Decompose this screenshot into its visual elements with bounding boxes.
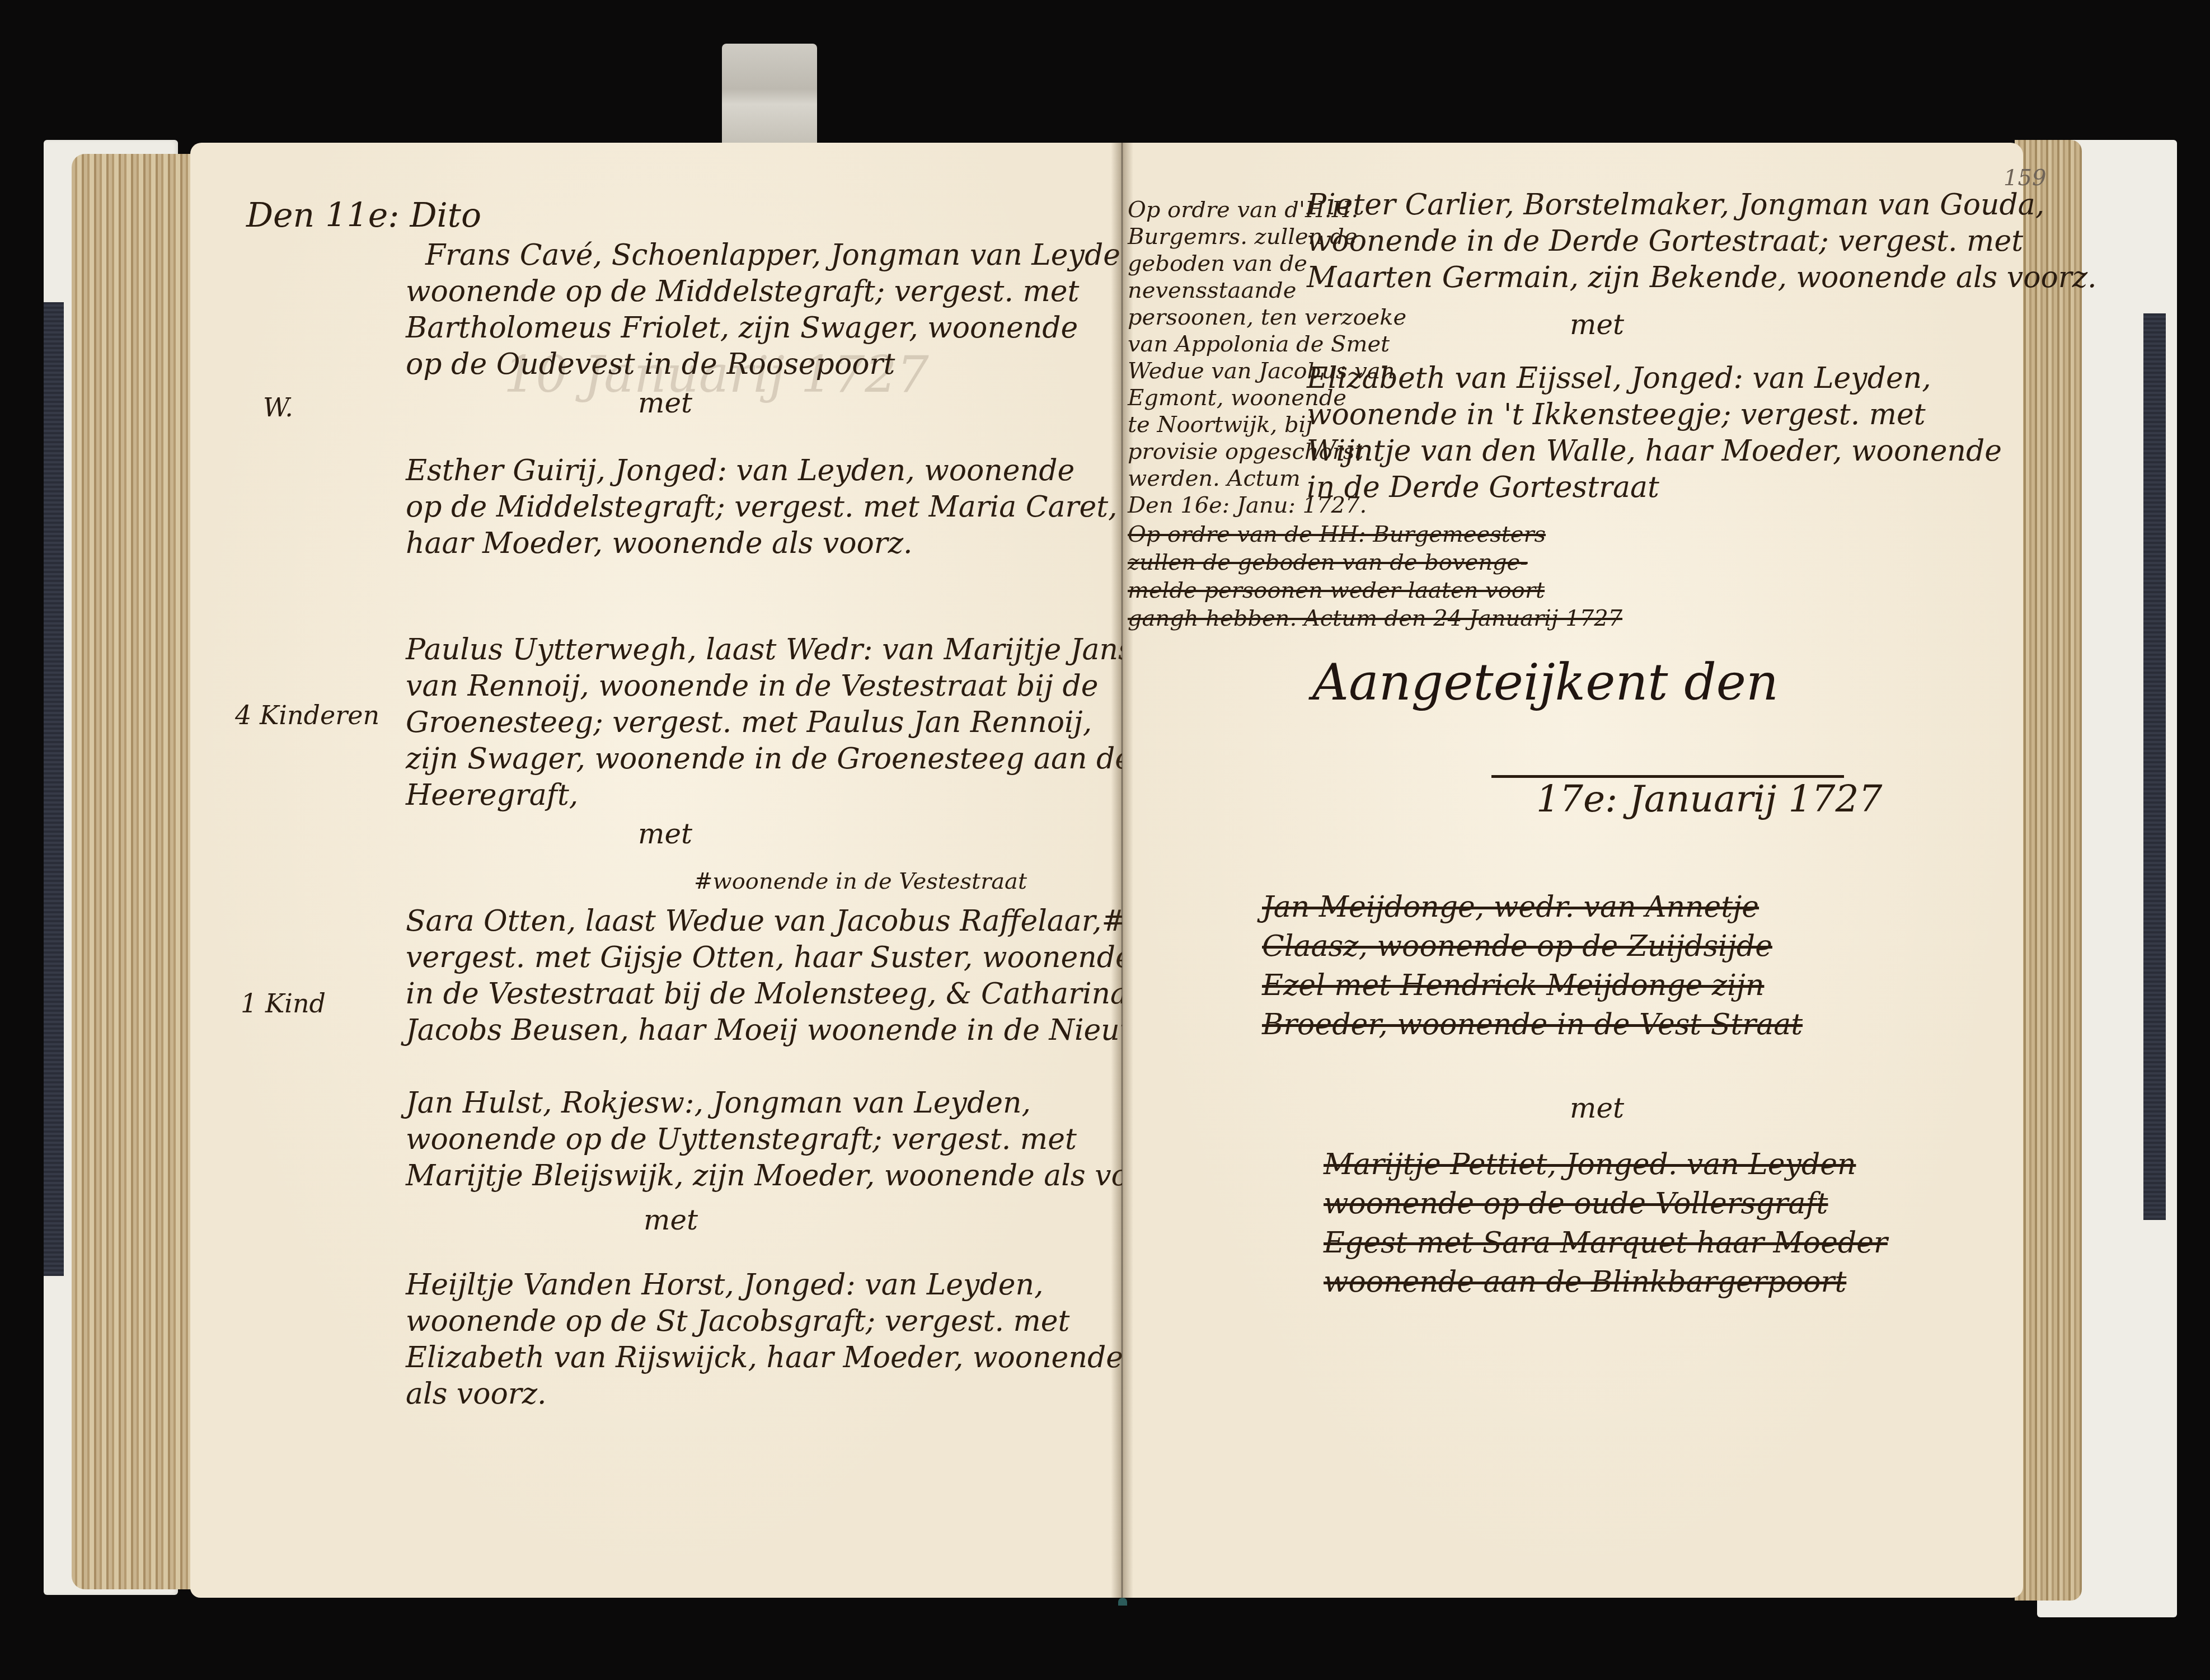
entry-line: woonende op de Middelstegraft; vergest. … [406, 277, 1079, 306]
page-fore-edge-left [72, 154, 195, 1589]
entry-line: haar Moeder, woonende als voorz. [406, 529, 913, 558]
note-line: gangh hebben. Actum den 24 Januarij 1727 [1128, 607, 1622, 630]
side-note-line: nevensstaande [1128, 279, 1296, 302]
entry-line: woonende in de Derde Gortestraat; verges… [1307, 227, 2023, 256]
entry-line: in de Derde Gortestraat [1307, 473, 1659, 502]
entry-line: Frans Cavé, Schoenlapper, Jongman van Le… [425, 241, 1148, 270]
entry-line: als voorz. [406, 1379, 547, 1409]
connector-met: met [638, 389, 692, 417]
side-note-line: werden. Actum [1128, 467, 1301, 490]
entry-line: Marijtje Bleijswijk, zijn Moeder, woonen… [406, 1161, 1185, 1190]
entry-line: Pieter Carlier, Borstelmaker, Jongman va… [1307, 190, 2044, 219]
side-note-line: te Noortwijk, bij [1128, 414, 1313, 436]
page-number: 159 [2003, 165, 2046, 191]
entry-line: woonende op de oude Vollersgraft [1324, 1189, 1828, 1218]
page-fore-edge-right [2015, 140, 2082, 1601]
margin-note: 4 Kinderen [235, 702, 379, 728]
book-cover-left [44, 302, 64, 1276]
margin-note: 1 Kind [241, 991, 326, 1016]
insertion-note: #woonende in de Vestestraat [694, 870, 1027, 893]
entry-line: Heijltje Vanden Horst, Jonged: van Leyde… [406, 1270, 1044, 1299]
left-page: 10 Januarij 1727 Den 11e: Dito Frans Cav… [190, 143, 1122, 1598]
note-line: melde persoonen weder laaten voort [1128, 579, 1545, 602]
book-cover-right [2143, 313, 2166, 1220]
entry-line: van Rennoij, woonende in de Vestestraat … [406, 672, 1099, 701]
entry-line: Sara Otten, laast Wedue van Jacobus Raff… [406, 907, 1126, 936]
entry-line: op de Oudevest in de Roosepoort [406, 350, 895, 379]
side-note-line: geboden van de [1128, 252, 1307, 275]
bookmark-tab [722, 44, 817, 144]
note-line: Op ordre van de HH: Burgemeesters [1128, 523, 1546, 546]
entry-line: woonende op de St Jacobsgraft; vergest. … [406, 1307, 1070, 1336]
entry-line: Esther Guirij, Jonged: van Leyden, woone… [406, 456, 1074, 485]
entry-line: Jan Hulst, Rokjesw:, Jongman van Leyden, [406, 1088, 1031, 1118]
entry-line: Egest met Sara Marquet haar Moeder [1324, 1228, 1888, 1257]
section-title: Aangeteijkent den [1312, 658, 1779, 708]
entry-line: Elizabeth van Rijswijck, haar Moeder, wo… [406, 1343, 1123, 1372]
book-gutter [1111, 143, 1133, 1598]
entry-line: woonende op de Uyttenstegraft; vergest. … [406, 1125, 1077, 1154]
entry-line: Bartholomeus Friolet, zijn Swager, woone… [406, 313, 1078, 342]
connector-met: met [1570, 311, 1624, 339]
entry-line: woonende aan de Blinkbargerpoort [1324, 1268, 1846, 1297]
entry-line: Claasz, woonende op de Zuijdsijde [1262, 932, 1772, 961]
note-line: zullen de geboden van de bovenge- [1128, 551, 1528, 574]
entry-line: Wijntje van den Walle, haar Moeder, woon… [1307, 437, 2002, 466]
entry-line: Paulus Uytterwegh, laast Wedr: van Marij… [406, 635, 1133, 664]
entry-line: Heeregraft, [406, 781, 578, 810]
entry-line: woonende in 't Ikkensteegje; vergest. me… [1307, 400, 1926, 429]
entry-line: zijn Swager, woonende in de Groenesteeg … [406, 744, 1132, 773]
binding-thread [1118, 1598, 1127, 1606]
entry-line: Groenesteeg; vergest. met Paulus Jan Ren… [406, 708, 1092, 737]
side-note-line: van Appolonia de Smet [1128, 333, 1390, 355]
connector-met: met [1570, 1094, 1624, 1122]
side-note-line: persoonen, ten verzoeke [1128, 306, 1406, 329]
entry-line: Ezel met Hendrick Meijdonge zijn [1262, 971, 1764, 1000]
right-page: 159 Op ordre van d'H.H. Burgemrs. zullen… [1122, 143, 2023, 1598]
entry-line: op de Middelstegraft; vergest. met Maria… [406, 492, 1118, 522]
entry-line: Jan Meijdonge, wedr. van Annetje [1262, 893, 1759, 922]
connector-met: met [644, 1206, 698, 1234]
entry-line: Broeder, woonende in de Vest Straat [1262, 1010, 1803, 1039]
entry-line: in de Vestestraat bij de Molensteeg, & C… [406, 979, 1128, 1008]
entry-line: Marijtje Pettiet, Jonged. van Leyden [1324, 1150, 1856, 1179]
entry-line: Elizabeth van Eijssel, Jonged: van Leyde… [1307, 364, 1931, 393]
margin-note: W. [263, 395, 293, 420]
date-heading: Den 11e: Dito [246, 199, 481, 232]
section-date: 17e: Januarij 1727 [1536, 781, 1883, 818]
connector-met: met [638, 820, 692, 848]
entry-line: vergest. met Gijsje Otten, haar Suster, … [406, 943, 1133, 972]
entry-line: Maarten Germain, zijn Bekende, woonende … [1307, 263, 2097, 292]
